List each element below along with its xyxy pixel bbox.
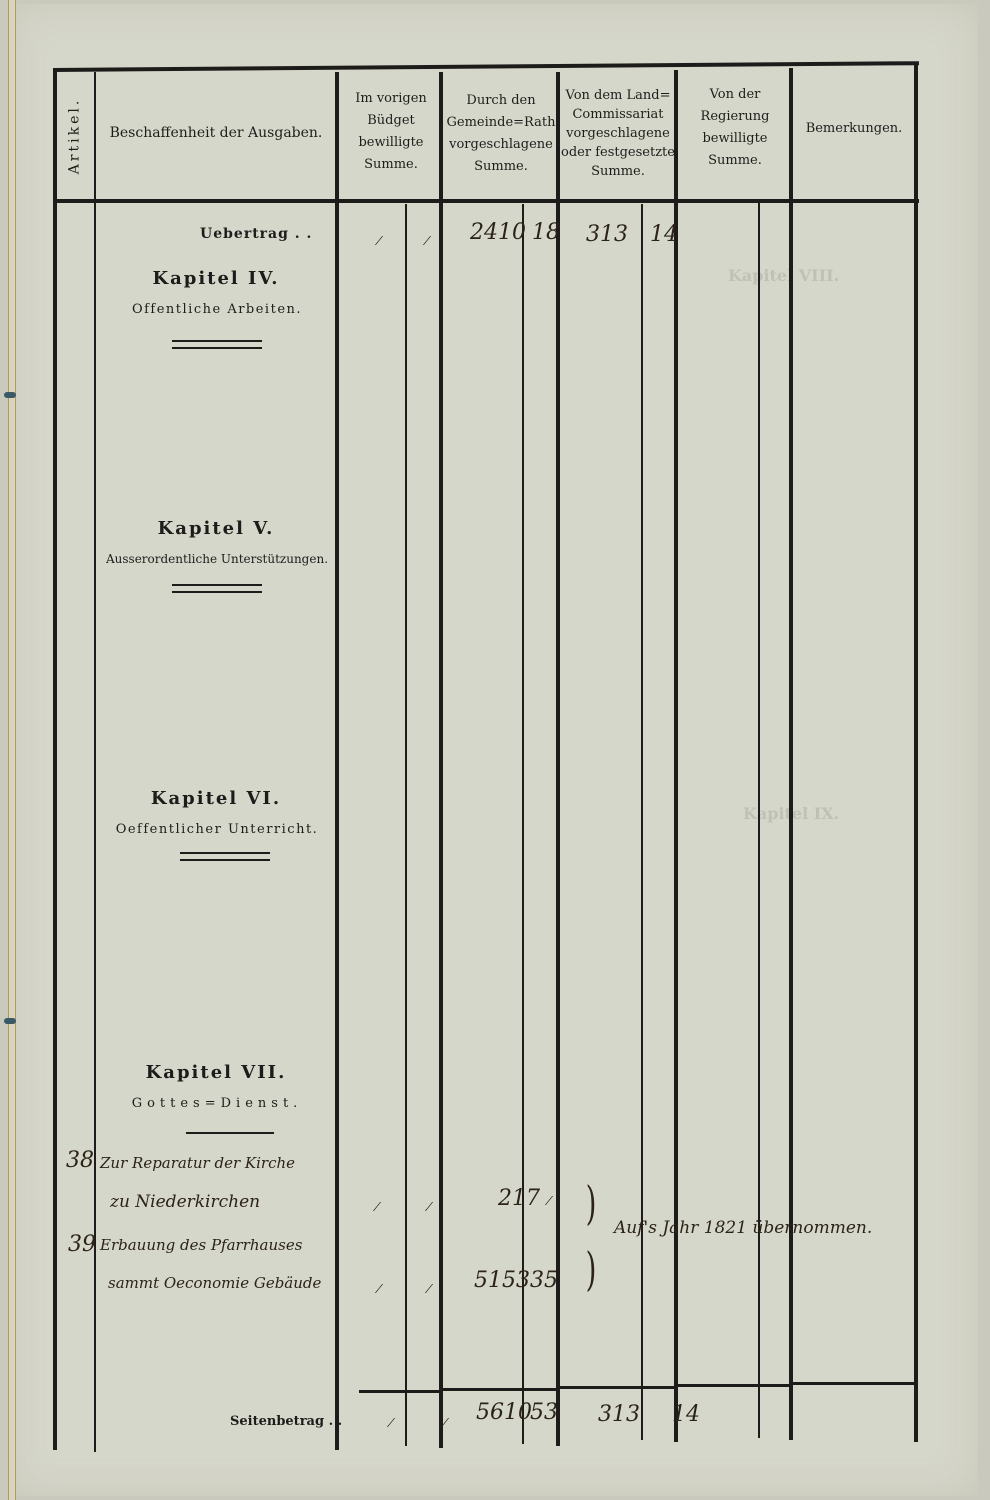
- page-binding-edge: [8, 0, 16, 1500]
- entry-38-text-line2: zu Niederkirchen: [110, 1192, 260, 1212]
- sum-rule-vorigen: [359, 1390, 443, 1393]
- subcol-gemeinderath: [522, 204, 524, 1444]
- bracket-lower: ): [586, 1242, 597, 1296]
- seitenbetrag-vorigen-main: ⁄: [390, 1416, 392, 1430]
- col-divider-gemeinderath: [556, 72, 560, 1446]
- binding-stitch: [4, 392, 16, 398]
- entry-39-text-line1: Erbauung des Pfarrhauses: [100, 1236, 302, 1254]
- header-bottom-rule: [53, 199, 919, 203]
- entry-38-vorigen-sub: ⁄: [428, 1200, 430, 1214]
- seitenbetrag-landcommissariat-main: 313: [598, 1402, 640, 1427]
- chapter-4-rule: [172, 340, 262, 349]
- ledger-page: Kapitel VIII. Kapitel IX. Artikel. Besch…: [8, 4, 978, 1496]
- uebertrag-vorigen-main: ⁄: [378, 234, 380, 248]
- subcol-regierung: [758, 202, 760, 1438]
- entry-39-artikel: 39: [68, 1232, 96, 1257]
- uebertrag-landcommissariat-sub: 14: [650, 222, 678, 247]
- entry-38-text-line1: Zur Reparatur der Kirche: [100, 1154, 295, 1172]
- sum-rule-landcommissariat: [560, 1386, 674, 1389]
- header-vorigen: Im vorigen Büdget bewilligte Summe.: [343, 88, 439, 176]
- chapter-4-subtitle: Offentliche Arbeiten.: [92, 302, 342, 317]
- chapter-5-title: Kapitel V.: [96, 518, 336, 539]
- seitenbetrag-vorigen-sub: ⁄: [444, 1416, 446, 1430]
- sum-rule-gemeinderath: [443, 1388, 557, 1391]
- table-right-border: [914, 62, 918, 1442]
- header-bemerkungen: Bemerkungen.: [794, 118, 914, 140]
- seitenbetrag-landcommissariat-sub: 14: [672, 1402, 700, 1427]
- entry-39-vorigen-sub: ⁄: [428, 1282, 430, 1296]
- subcol-landcommissariat: [641, 204, 643, 1440]
- header-regierung: Von der Regierung bewilligte Summe.: [680, 84, 790, 172]
- seitenbetrag-gemeinderath-main: 5610: [476, 1400, 532, 1425]
- sum-rule-regierung: [678, 1384, 790, 1387]
- entry-38-artikel: 38: [66, 1148, 94, 1173]
- uebertrag-gemeinderath-sub: 18: [532, 220, 560, 245]
- seitenbetrag-gemeinderath-sub: 53: [530, 1400, 558, 1425]
- seitenbetrag-label: Seitenbetrag . .: [230, 1414, 342, 1429]
- chapter-6-subtitle: Oeffentlicher Unterricht.: [92, 822, 342, 837]
- bracket-upper: ): [586, 1176, 597, 1230]
- uebertrag-vorigen-sub: ⁄: [426, 234, 428, 248]
- header-artikel: Artikel.: [56, 76, 92, 196]
- subcol-vorigen: [405, 204, 407, 1446]
- uebertrag-label: Uebertrag . .: [200, 226, 312, 242]
- col-divider-vorigen: [439, 72, 443, 1448]
- chapter-7-title: Kapitel VII.: [96, 1062, 336, 1083]
- entry-38-vorigen-main: ⁄: [376, 1200, 378, 1214]
- bleed-through-text: Kapitel VIII.: [728, 266, 839, 285]
- chapter-5-rule: [172, 584, 262, 593]
- chapter-4-title: Kapitel IV.: [96, 268, 336, 289]
- uebertrag-landcommissariat-main: 313: [586, 222, 628, 247]
- entry-39-gemeinderath-sub: 35: [530, 1268, 558, 1293]
- uebertrag-gemeinderath-main: 2410: [470, 220, 526, 245]
- header-beschaffenheit: Beschaffenheit der Ausgaben.: [98, 122, 334, 144]
- header-gemeinderath: Durch den Gemeinde=Rath vorgeschlagene S…: [445, 90, 557, 178]
- entry-39-text-line2: sammt Oeconomie Gebäude: [108, 1274, 321, 1292]
- chapter-7-rule: [186, 1132, 274, 1134]
- entry-39-gemeinderath-main: 5153: [474, 1268, 530, 1293]
- header-landcommissariat: Von dem Land= Commissariat vorgeschlagen…: [561, 86, 675, 181]
- binding-stitch: [4, 1018, 16, 1024]
- chapter-6-rule: [180, 852, 270, 861]
- entry-39-vorigen-main: ⁄: [378, 1282, 380, 1296]
- entry-38-gemeinderath-main: 217: [498, 1186, 540, 1211]
- remark-text: Auf's Jahr 1821 übernommen.: [614, 1218, 872, 1238]
- table-left-border: [53, 70, 57, 1450]
- chapter-5-subtitle: Ausserordentliche Unterstützungen.: [92, 552, 342, 566]
- chapter-7-subtitle: Gottes=Dienst.: [92, 1096, 342, 1111]
- sum-rule-bemerkungen: [793, 1382, 917, 1385]
- entry-38-gemeinderath-sub: ⁄: [548, 1194, 550, 1208]
- chapter-6-title: Kapitel VI.: [96, 788, 336, 809]
